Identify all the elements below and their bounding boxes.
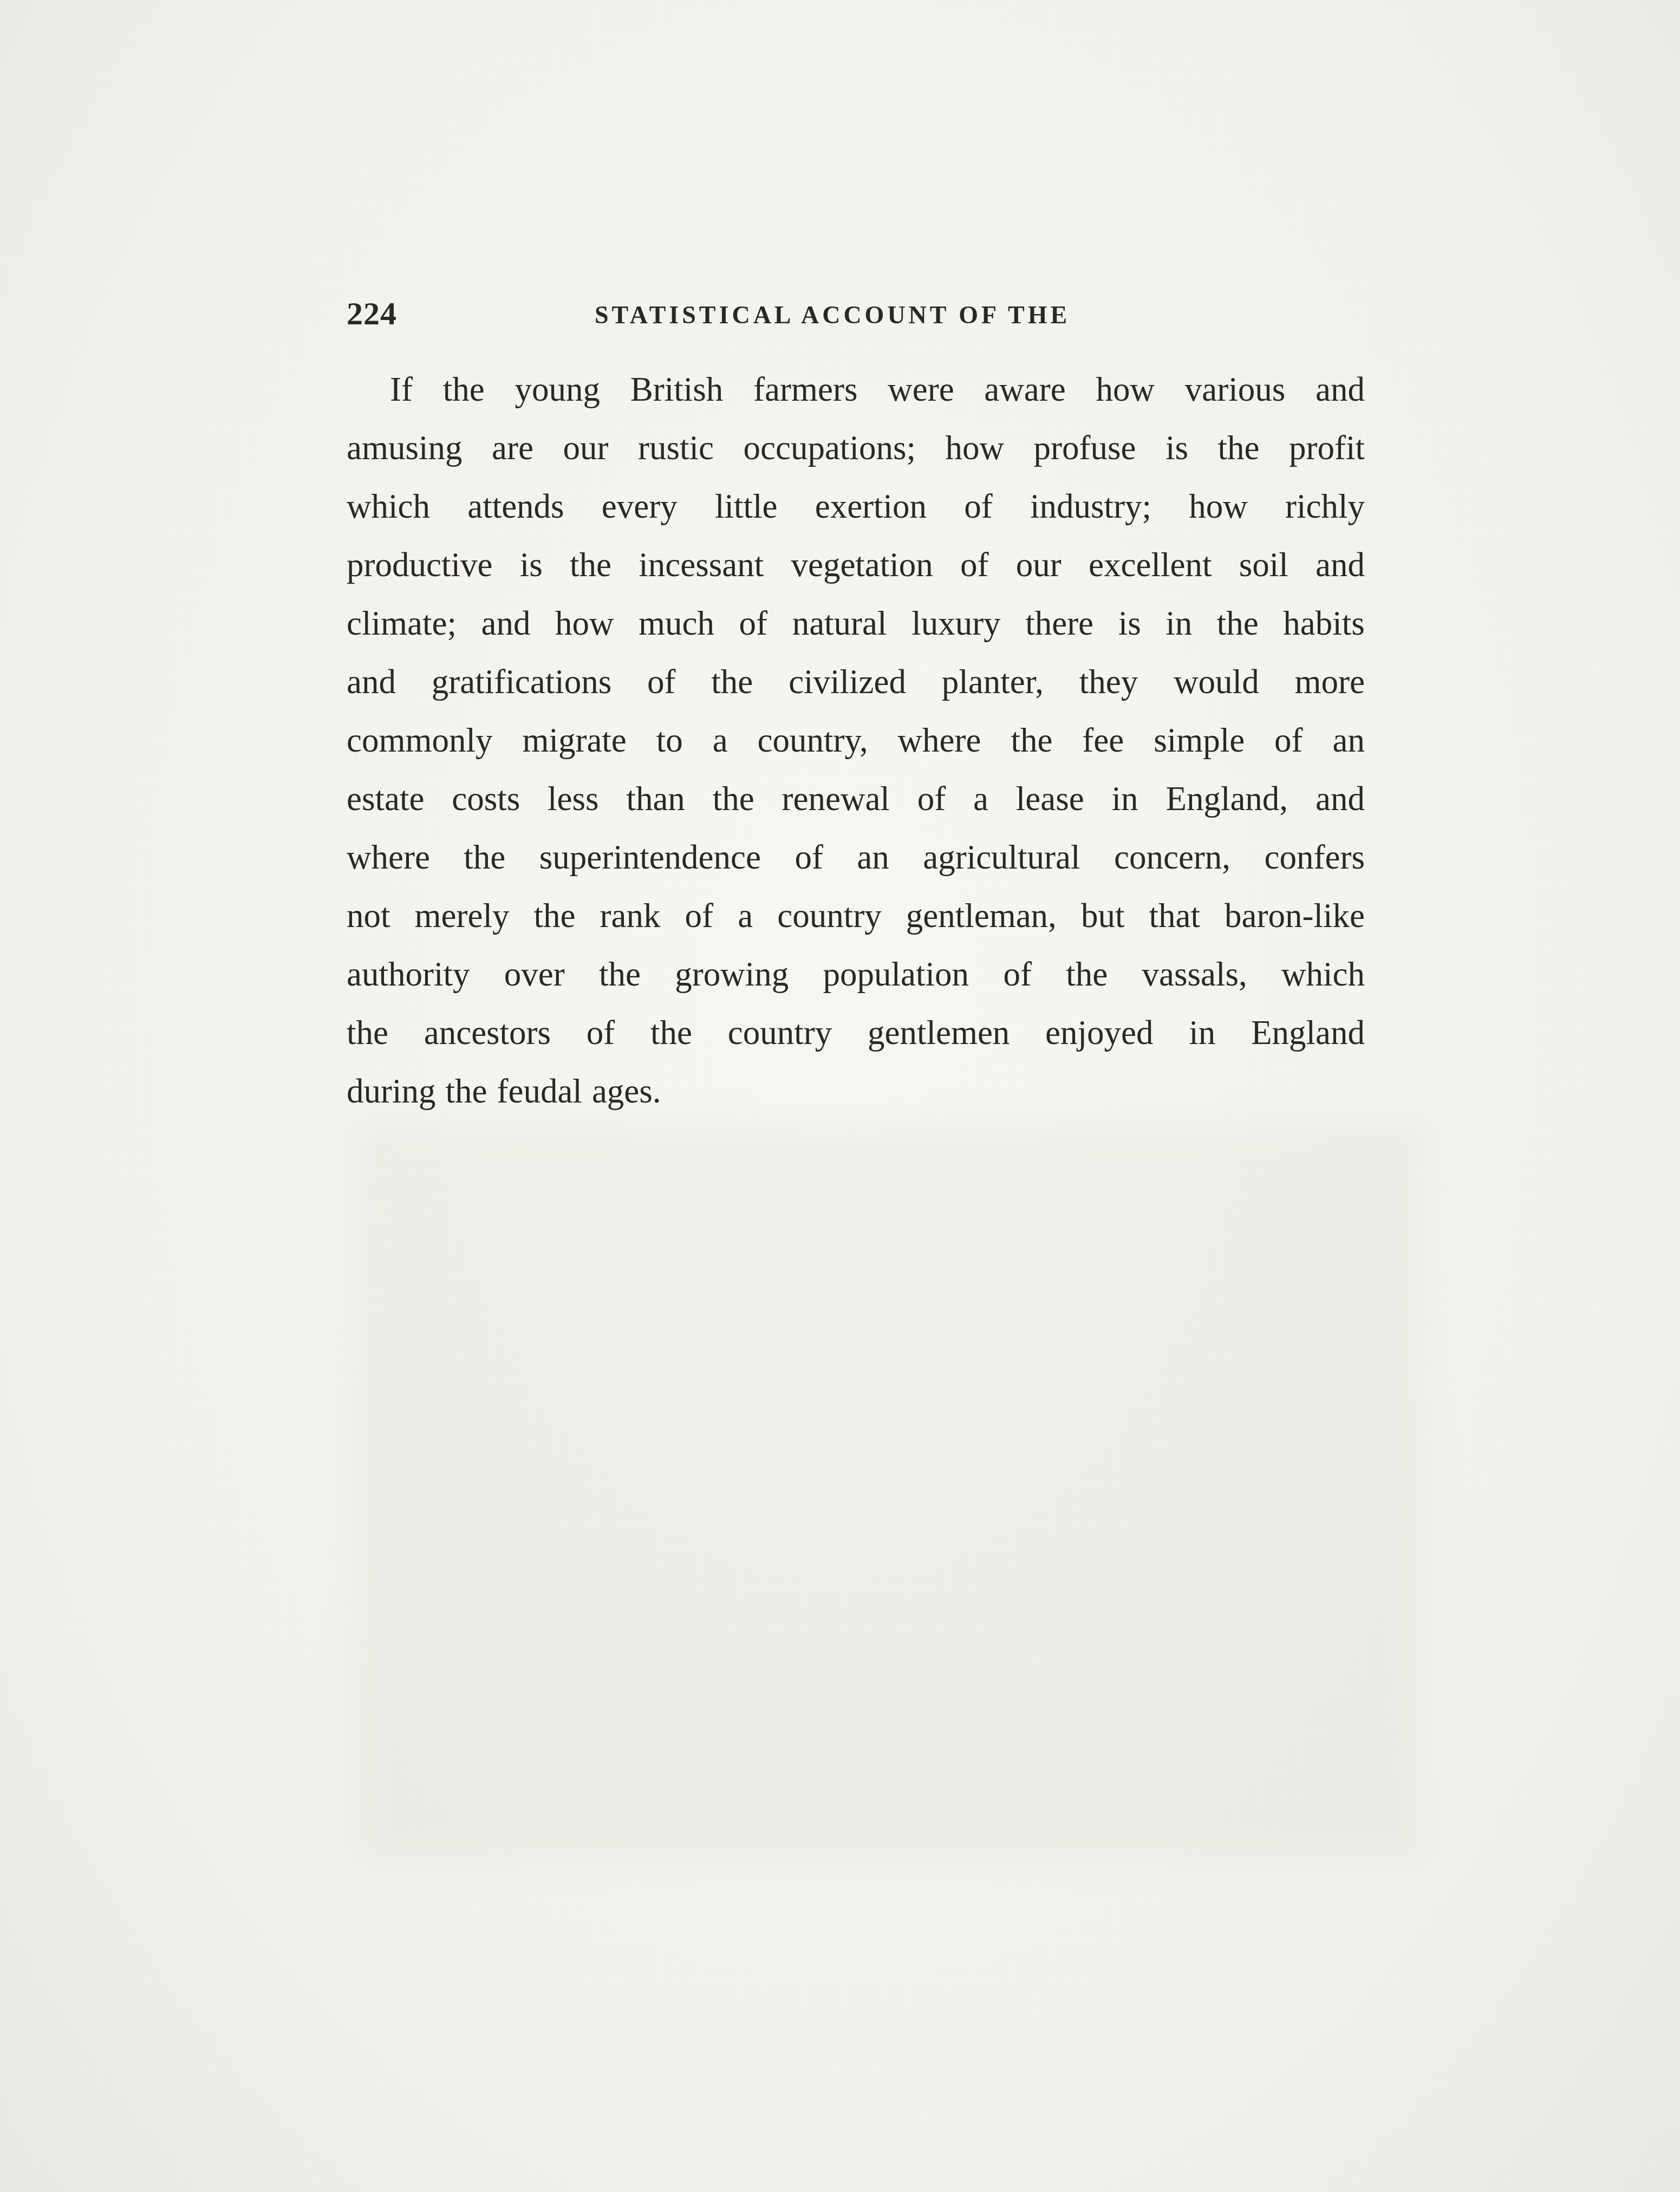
word: the — [347, 1003, 388, 1062]
text-line: andgratificationsofthecivilizedplanter,t… — [347, 653, 1365, 711]
word: gratifications — [432, 653, 611, 711]
word: If — [390, 360, 413, 419]
page-header: 224 STATISTICAL ACCOUNT OF THE — [347, 295, 1365, 333]
word: planter, — [942, 653, 1044, 711]
word: migrate — [522, 711, 626, 769]
word: habits — [1283, 594, 1365, 653]
word: of — [739, 594, 767, 653]
word: and — [1316, 536, 1365, 594]
word: authority — [347, 945, 470, 1003]
word: and — [1316, 769, 1365, 828]
word: growing — [675, 945, 789, 1003]
word: the — [445, 1062, 487, 1120]
word: is — [1165, 419, 1188, 477]
word: estate — [347, 769, 424, 828]
word: how — [945, 419, 1004, 477]
word: the — [534, 886, 576, 945]
word: is — [520, 536, 543, 594]
text-line: estatecostslessthantherenewalofaleaseinE… — [347, 769, 1365, 828]
word: productive — [347, 536, 492, 594]
word: of — [647, 653, 675, 711]
word: fee — [1082, 711, 1124, 769]
word: the — [1011, 711, 1052, 769]
word: where — [898, 711, 981, 769]
word: ancestors — [424, 1003, 551, 1062]
word: rank — [600, 886, 661, 945]
word: young — [515, 360, 600, 419]
word: little — [715, 477, 777, 536]
word: how — [1189, 477, 1248, 536]
word: not — [347, 886, 390, 945]
word: an — [1332, 711, 1364, 769]
word: in — [1165, 594, 1192, 653]
word: enjoyed — [1045, 1003, 1153, 1062]
word: where — [347, 828, 430, 886]
text-line: commonlymigratetoacountry,wherethefeesim… — [347, 711, 1365, 769]
word: costs — [452, 769, 520, 828]
text-line: climate;andhowmuchofnaturalluxurythereis… — [347, 594, 1365, 653]
word: in — [1112, 769, 1138, 828]
word: and — [347, 653, 396, 711]
word: feudal — [497, 1062, 582, 1120]
word: industry; — [1030, 477, 1151, 536]
word: country, — [758, 711, 868, 769]
word: there — [1025, 594, 1093, 653]
word: lease — [1016, 769, 1084, 828]
word: soil — [1239, 536, 1288, 594]
word: a — [973, 769, 988, 828]
word: of — [1003, 945, 1031, 1003]
word: various — [1185, 360, 1285, 419]
word: gentleman, — [906, 886, 1057, 945]
word: gentlemen — [868, 1003, 1010, 1062]
word: the — [1217, 594, 1259, 653]
word: our — [1016, 536, 1062, 594]
word: during — [347, 1062, 435, 1120]
page-number: 224 — [347, 295, 397, 332]
word: to — [656, 711, 683, 769]
word: of — [685, 886, 713, 945]
word: they — [1079, 653, 1138, 711]
word: every — [602, 477, 678, 536]
word: how — [1096, 360, 1155, 419]
word: than — [626, 769, 685, 828]
word: England — [1251, 1003, 1365, 1062]
text-line: duringthefeudalages. — [347, 1062, 1365, 1120]
text-line: authorityoverthegrowingpopulationoftheva… — [347, 945, 1365, 1003]
word: the — [570, 536, 611, 594]
word: natural — [792, 594, 887, 653]
word: the — [464, 828, 505, 886]
word: profit — [1289, 419, 1365, 477]
word: the — [650, 1003, 692, 1062]
word: and — [1316, 360, 1365, 419]
word: agricultural — [923, 828, 1080, 886]
word: of — [1274, 711, 1303, 769]
word: which — [1281, 945, 1365, 1003]
word: England, — [1165, 769, 1288, 828]
word: of — [587, 1003, 615, 1062]
word: less — [548, 769, 599, 828]
word: much — [639, 594, 714, 653]
word: that — [1149, 886, 1200, 945]
word: population — [823, 945, 969, 1003]
word: the — [599, 945, 641, 1003]
word: renewal — [782, 769, 890, 828]
word: superintendence — [539, 828, 761, 886]
word: merely — [415, 886, 510, 945]
word: over — [504, 945, 565, 1003]
word: are — [492, 419, 533, 477]
word: an — [857, 828, 889, 886]
word: of — [964, 477, 992, 536]
running-head: STATISTICAL ACCOUNT OF THE — [595, 301, 1070, 329]
text-line: IftheyoungBritishfarmerswereawarehowvari… — [347, 360, 1365, 419]
word: farmers — [753, 360, 857, 419]
word: richly — [1285, 477, 1365, 536]
word: of — [960, 536, 988, 594]
word: excellent — [1089, 536, 1212, 594]
word: more — [1294, 653, 1364, 711]
word: ages. — [592, 1062, 661, 1120]
word: but — [1081, 886, 1125, 945]
text-line: productiveistheincessantvegetationofoure… — [347, 536, 1365, 594]
word: rustic — [638, 419, 714, 477]
word: would — [1174, 653, 1259, 711]
text-line: wherethesuperintendenceofanagriculturalc… — [347, 828, 1365, 886]
text-line: whichattendseverylittleexertionofindustr… — [347, 477, 1365, 536]
word: commonly — [347, 711, 492, 769]
word: which — [347, 477, 430, 536]
word: the — [711, 653, 753, 711]
text-line: amusingareourrusticoccupations;howprofus… — [347, 419, 1365, 477]
word: concern, — [1114, 828, 1230, 886]
word: aware — [984, 360, 1065, 419]
word: exertion — [815, 477, 927, 536]
word: climate; — [347, 594, 457, 653]
book-page: 224 STATISTICAL ACCOUNT OF THE Iftheyoun… — [0, 0, 1680, 2192]
word: and — [481, 594, 530, 653]
word: luxury — [911, 594, 1000, 653]
word: is — [1118, 594, 1141, 653]
word: of — [795, 828, 823, 886]
word: baron-like — [1225, 886, 1365, 945]
word: occupations; — [743, 419, 915, 477]
word: vassals, — [1142, 945, 1247, 1003]
word: civilized — [789, 653, 906, 711]
word: incessant — [639, 536, 764, 594]
word: amusing — [347, 419, 463, 477]
word: our — [563, 419, 608, 477]
paragraph: IftheyoungBritishfarmerswereawarehowvari… — [347, 360, 1365, 1120]
word: in — [1189, 1003, 1215, 1062]
word: were — [888, 360, 954, 419]
word: country — [728, 1003, 832, 1062]
word: country — [777, 886, 881, 945]
word: a — [713, 711, 728, 769]
word: the — [443, 360, 485, 419]
word: the — [1066, 945, 1108, 1003]
word: confers — [1265, 828, 1365, 886]
show-through-text — [357, 1126, 1419, 1857]
word: vegetation — [791, 536, 933, 594]
text-line: notmerelytherankofacountrygentleman,butt… — [347, 886, 1365, 945]
word: British — [630, 360, 724, 419]
word: the — [1218, 419, 1260, 477]
text-line: theancestorsofthecountrygentlemenenjoyed… — [347, 1003, 1365, 1062]
word: of — [917, 769, 946, 828]
word: attends — [467, 477, 564, 536]
word: how — [555, 594, 614, 653]
word: a — [738, 886, 753, 945]
word: the — [713, 769, 754, 828]
word: profuse — [1033, 419, 1136, 477]
word: simple — [1154, 711, 1245, 769]
